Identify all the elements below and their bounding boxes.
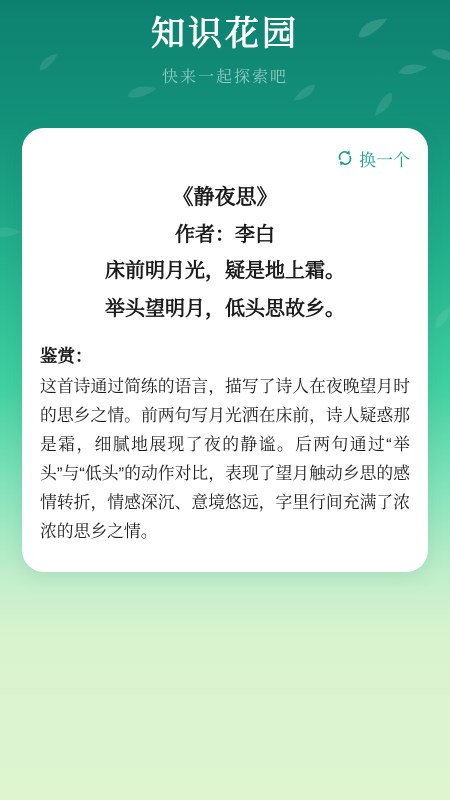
leaf-icon: [428, 304, 450, 331]
app-subtitle: 快来一起探索吧: [0, 64, 450, 87]
leaf-icon: [0, 220, 24, 245]
poem-line-1: 床前明月光，疑是地上霜。: [40, 254, 410, 288]
appreciation-text: 这首诗通过简练的语言，描写了诗人在夜晚望月时的思乡之情。前两句写月光洒在床前，诗…: [40, 372, 410, 546]
appreciation-section: 鉴赏： 这首诗通过简练的语言，描写了诗人在夜晚望月时的思乡之情。前两句写月光洒在…: [40, 343, 410, 546]
card-toolbar: 换一个: [40, 146, 410, 170]
poem-title: 《静夜思》: [40, 183, 410, 213]
refresh-icon: [336, 149, 354, 167]
app-screen: 知识花园 快来一起探索吧 换一个 《静夜思》 作者：李白 床前明月光，疑是地上霜…: [0, 0, 450, 800]
poem-line-2: 举头望明月，低头思故乡。: [40, 292, 410, 326]
leaf-icon: [366, 90, 400, 119]
poem-author: 作者：李白: [40, 220, 410, 250]
app-title: 知识花园: [0, 6, 450, 55]
appreciation-label: 鉴赏：: [40, 343, 410, 369]
change-poem-label: 换一个: [359, 146, 410, 171]
change-poem-button[interactable]: 换一个: [336, 146, 410, 170]
poem-card: 换一个 《静夜思》 作者：李白 床前明月光，疑是地上霜。 举头望明月，低头思故乡…: [22, 128, 428, 572]
